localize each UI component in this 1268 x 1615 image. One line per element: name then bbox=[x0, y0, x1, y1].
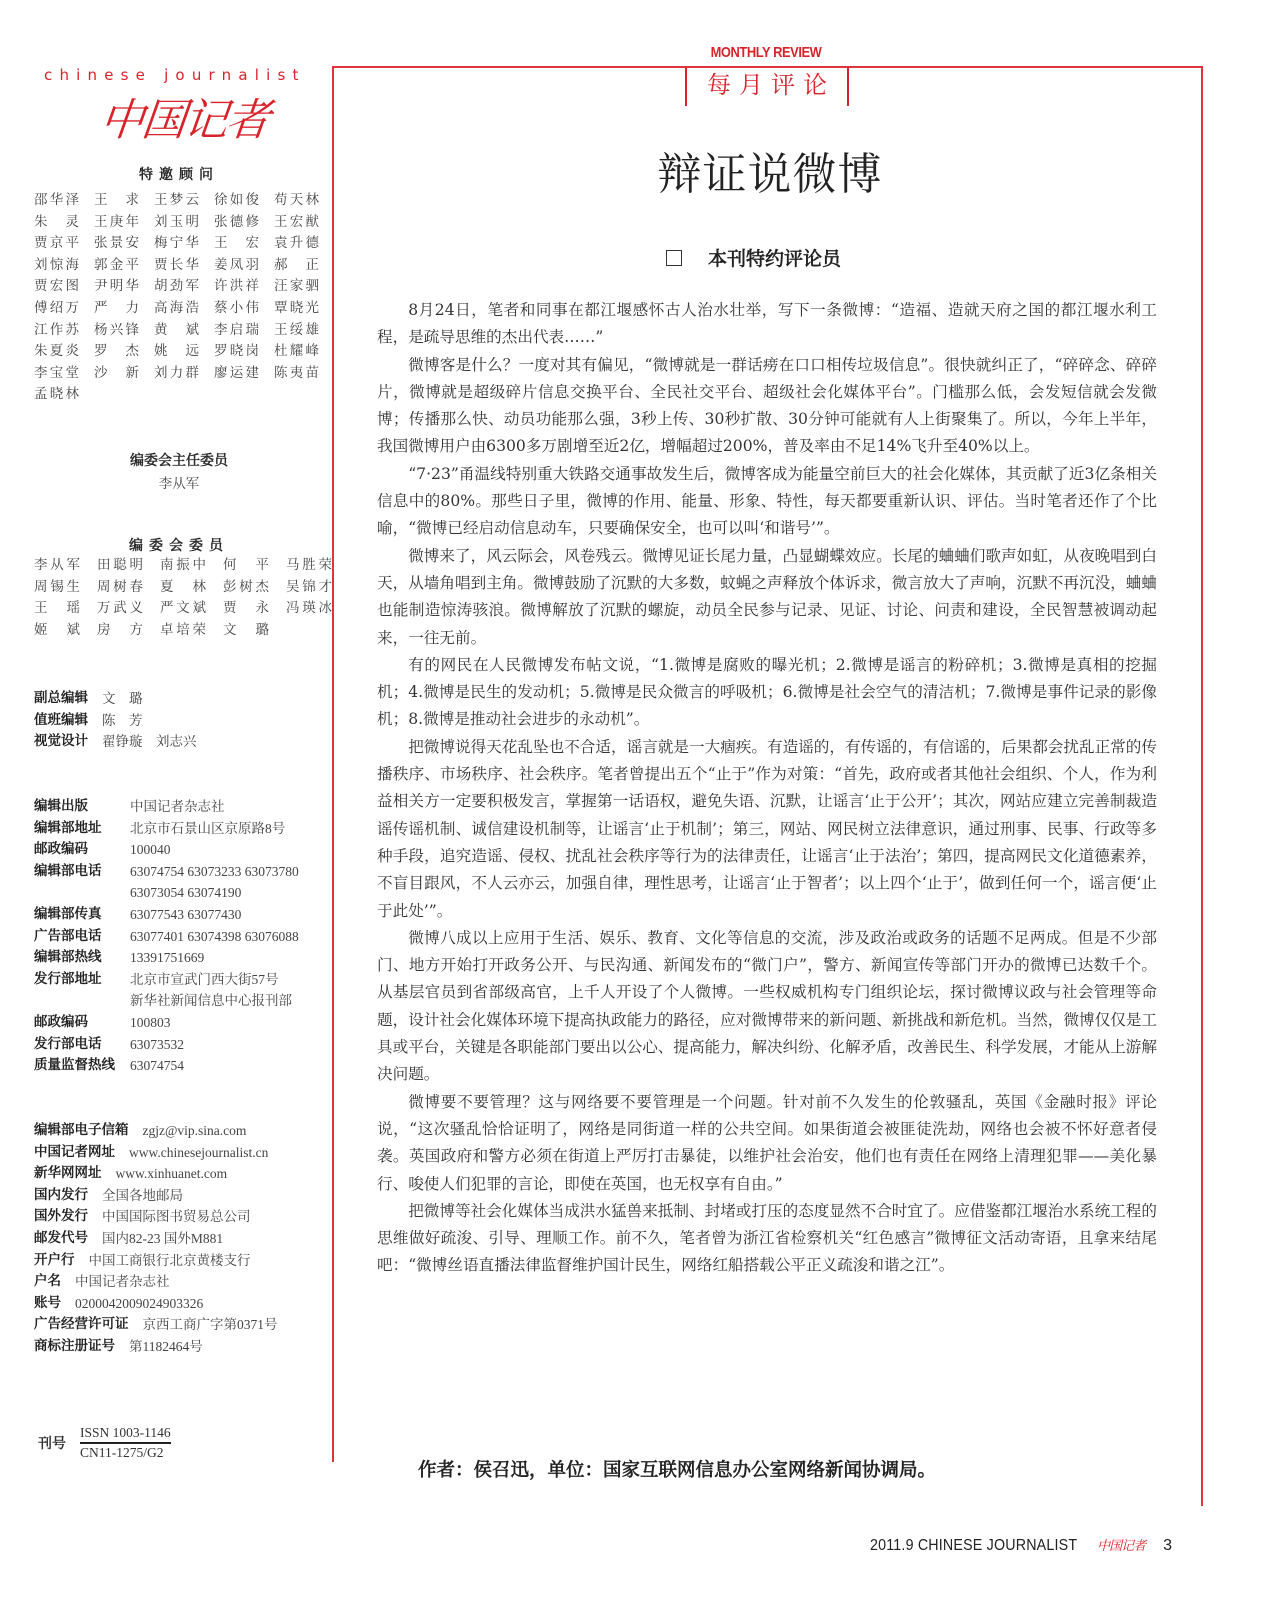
person-name: 汪家驷 bbox=[274, 276, 319, 298]
frame-border-right bbox=[1201, 66, 1203, 1506]
person-name: 何 平 bbox=[223, 555, 269, 577]
person-name: 田聪明 bbox=[97, 555, 143, 577]
person-name: 孟晓林 bbox=[34, 384, 79, 406]
person-name: 冯瑛冰 bbox=[286, 598, 332, 620]
info-label: 邮政编码 bbox=[34, 839, 130, 861]
person-name: 马胜荣 bbox=[286, 555, 332, 577]
person-name: 王 瑶 bbox=[34, 598, 80, 620]
info-label: 质量监督热线 bbox=[34, 1055, 130, 1077]
issn-number: ISSN 1003-1146 bbox=[80, 1425, 171, 1444]
info-value: 100803 bbox=[130, 1012, 171, 1034]
committee-title: 编委会委员 bbox=[34, 535, 324, 555]
info-row: 中国记者网址www.chinesejournalist.cn bbox=[34, 1142, 278, 1164]
info-row: 邮政编码100040 bbox=[34, 839, 299, 861]
byline: 本刊特约评论员 bbox=[666, 244, 841, 271]
article-paragraph: 把微博说得天花乱坠也不合适，谣言就是一大痼疾。有造谣的，有传谣的，有信谣的，后果… bbox=[377, 734, 1157, 925]
info-label: 中国记者网址 bbox=[34, 1142, 115, 1164]
info-label: 广告经营许可证 bbox=[34, 1314, 129, 1336]
person-name: 朱 灵 bbox=[34, 212, 79, 234]
info-label: 户名 bbox=[34, 1271, 61, 1293]
page-number: 3 bbox=[1163, 1537, 1172, 1555]
byline-text: 本刊特约评论员 bbox=[708, 244, 841, 271]
person-name: 廖运建 bbox=[214, 363, 259, 385]
info-label: 发行部电话 bbox=[34, 1034, 130, 1056]
info-label: 发行部地址 bbox=[34, 969, 130, 991]
info-value: 京西工商广字第0371号 bbox=[143, 1314, 278, 1336]
person-name: 王宏猷 bbox=[274, 212, 319, 234]
info-value: www.xinhuanet.com bbox=[116, 1163, 228, 1185]
info-label: 视觉设计 bbox=[34, 731, 88, 753]
person-name: 王庚年 bbox=[94, 212, 139, 234]
person-name: 刘惊海 bbox=[34, 255, 79, 277]
person-name: 罗 杰 bbox=[94, 341, 139, 363]
info-row: 新华网网址www.xinhuanet.com bbox=[34, 1163, 278, 1185]
person-name: 姚 远 bbox=[154, 341, 199, 363]
section-label-english: MONTHLY REVIEW bbox=[683, 44, 848, 61]
person-name: 袁升德 bbox=[274, 233, 319, 255]
article-paragraph: 微博来了，风云际会，风卷残云。微博见证长尾力量，凸显蝴蝶效应。长尾的蛐蛐们歌声如… bbox=[377, 543, 1157, 652]
person-name: 严 力 bbox=[94, 298, 139, 320]
article-paragraph: 微博要不要管理？这与网络要不要管理是一个问题。针对前不久发生的伦敦骚乱，英国《金… bbox=[377, 1089, 1157, 1198]
info-value: 63077543 63077430 bbox=[130, 904, 241, 926]
info-value: 63074754 63073233 63073780 bbox=[130, 861, 299, 883]
person-name: 杨兴锋 bbox=[94, 320, 139, 342]
info-value: 翟铮璇 刘志兴 bbox=[102, 731, 197, 753]
info-row: 值班编辑陈 芳 bbox=[34, 710, 197, 732]
person-name: 李宝堂 bbox=[34, 363, 79, 385]
person-name: 张德修 bbox=[214, 212, 259, 234]
person-name: 李启瑞 bbox=[214, 320, 259, 342]
article-paragraph: 微博八成以上应用于生活、娱乐、教育、文化等信息的交流，涉及政治或政务的话题不足两… bbox=[377, 925, 1157, 1089]
person-name: 万武义 bbox=[97, 598, 143, 620]
issn-block: 刊号 ISSN 1003-1146 CN11-1275/G2 bbox=[38, 1425, 171, 1461]
brand-english: chinese journalist bbox=[44, 66, 324, 84]
info-value: 中国记者杂志社 bbox=[75, 1271, 170, 1293]
info-row: 发行部地址北京市宣武门西大街57号 bbox=[34, 969, 299, 991]
info-row: 户名中国记者杂志社 bbox=[34, 1271, 278, 1293]
person-name: 王 求 bbox=[94, 190, 139, 212]
info-label bbox=[34, 882, 130, 904]
info-value: www.chinesejournalist.cn bbox=[129, 1142, 268, 1164]
info-value: 63073532 bbox=[130, 1034, 184, 1056]
info-label: 编辑部电子信箱 bbox=[34, 1120, 129, 1142]
info-row: 编辑部热线13391751669 bbox=[34, 947, 299, 969]
info-row: 编辑部电子信箱zgjz@vip.sina.com bbox=[34, 1120, 278, 1142]
info-label: 开户行 bbox=[34, 1250, 75, 1272]
article-paragraph: 8月24日，笔者和同事在都江堰感怀古人治水壮举，写下一条微博：“造福、造就天府之… bbox=[377, 297, 1157, 352]
person-name: 夏 林 bbox=[160, 577, 206, 599]
info-label: 账号 bbox=[34, 1293, 61, 1315]
publisher-info-list: 编辑出版中国记者杂志社编辑部地址北京市石景山区京原路8号邮政编码100040编辑… bbox=[34, 796, 299, 1077]
person-name: 刘力群 bbox=[154, 363, 199, 385]
issn-fraction: ISSN 1003-1146 CN11-1275/G2 bbox=[80, 1425, 171, 1461]
square-bullet-icon bbox=[666, 250, 682, 266]
person-name: 郝 正 bbox=[274, 255, 319, 277]
person-name: 文 璐 bbox=[223, 620, 269, 642]
info-value: 北京市宣武门西大街57号 bbox=[130, 969, 279, 991]
masthead-sidebar: chinese journalist 中国记者 特邀顾问 邵华泽王 求王梦云徐如… bbox=[0, 0, 340, 1615]
person-name: 姜凤羽 bbox=[214, 255, 259, 277]
info-row: 新华社新闻信息中心报刊部 bbox=[34, 990, 299, 1012]
info-label: 广告部电话 bbox=[34, 926, 130, 948]
person-name: 罗晓岗 bbox=[214, 341, 259, 363]
info-value: 北京市石景山区京原路8号 bbox=[130, 818, 285, 840]
info-row: 编辑部传真63077543 63077430 bbox=[34, 904, 299, 926]
person-name: 覃晓光 bbox=[274, 298, 319, 320]
author-note: 作者：侯召迅，单位：国家互联网信息办公室网络新闻协调局。 bbox=[418, 1456, 936, 1482]
person-name: 南振中 bbox=[160, 555, 206, 577]
person-name: 江作苏 bbox=[34, 320, 79, 342]
info-row: 国内发行全国各地邮局 bbox=[34, 1185, 278, 1207]
info-label: 编辑部传真 bbox=[34, 904, 130, 926]
info-row: 发行部电话63073532 bbox=[34, 1034, 299, 1056]
info-value: 文 璐 bbox=[102, 688, 143, 710]
person-name: 周树春 bbox=[97, 577, 143, 599]
person-name: 傅绍万 bbox=[34, 298, 79, 320]
article-paragraph: 微博客是什么？一度对其有偏见，“微博就是一群话痨在口口相传垃圾信息”。很快就纠正… bbox=[377, 352, 1157, 461]
person-name: 周锡生 bbox=[34, 577, 80, 599]
person-name: 许洪祥 bbox=[214, 276, 259, 298]
info-value: 63074754 bbox=[130, 1055, 184, 1077]
person-name: 王 宏 bbox=[214, 233, 259, 255]
person-name: 沙 新 bbox=[94, 363, 139, 385]
person-name: 陈夷苗 bbox=[274, 363, 319, 385]
info-label: 值班编辑 bbox=[34, 710, 88, 732]
info-row: 国外发行中国国际图书贸易总公司 bbox=[34, 1206, 278, 1228]
info-row: 质量监督热线63074754 bbox=[34, 1055, 299, 1077]
person-name: 黄 斌 bbox=[154, 320, 199, 342]
info-label: 编辑出版 bbox=[34, 796, 130, 818]
info-value: 中国国际图书贸易总公司 bbox=[102, 1206, 251, 1228]
person-name: 贾 永 bbox=[223, 598, 269, 620]
info-row: 编辑出版中国记者杂志社 bbox=[34, 796, 299, 818]
committee-list: 李从军田聪明南振中何 平马胜荣周锡生周树春夏 林彭树杰吴锦才王 瑶万武义严文斌贾… bbox=[34, 555, 332, 641]
info-row: 开户行中国工商银行北京黄楼支行 bbox=[34, 1250, 278, 1272]
chair-name: 李从军 bbox=[34, 472, 324, 492]
article-title: 辩证说微博 bbox=[560, 138, 980, 202]
info-row: 邮发代号国内82-23 国外M881 bbox=[34, 1228, 278, 1250]
info-label: 国外发行 bbox=[34, 1206, 88, 1228]
person-name: 严文斌 bbox=[160, 598, 206, 620]
info-label: 新华网网址 bbox=[34, 1163, 102, 1185]
article-paragraph: 有的网民在人民微博发布帖文说，“1.微博是腐败的曝光机；2.微博是谣言的粉碎机；… bbox=[377, 652, 1157, 734]
info-row: 副总编辑文 璐 bbox=[34, 688, 197, 710]
person-name: 朱夏炎 bbox=[34, 341, 79, 363]
person-name: 尹明华 bbox=[94, 276, 139, 298]
person-name: 王绥雄 bbox=[274, 320, 319, 342]
info-value: 中国工商银行北京黄楼支行 bbox=[89, 1250, 251, 1272]
info-label: 副总编辑 bbox=[34, 688, 88, 710]
person-name: 贾长华 bbox=[154, 255, 199, 277]
footer-logo: 中国记者 bbox=[1097, 1535, 1145, 1554]
info-row: 视觉设计翟铮璇 刘志兴 bbox=[34, 731, 197, 753]
advisors-list: 邵华泽王 求王梦云徐如俊苟天林朱 灵王庚年刘玉明张德修王宏猷贾京平张景安梅宁华王… bbox=[34, 190, 319, 406]
person-name: 张景安 bbox=[94, 233, 139, 255]
info-row: 广告经营许可证京西工商广字第0371号 bbox=[34, 1314, 278, 1336]
info-label: 邮政编码 bbox=[34, 1012, 130, 1034]
person-name: 胡劲军 bbox=[154, 276, 199, 298]
info-row: 63073054 63074190 bbox=[34, 882, 299, 904]
info-value: 63073054 63074190 bbox=[130, 882, 241, 904]
article-paragraph: 把微博等社会化媒体当成洪水猛兽来抵制、封堵或打压的态度显然不合时宜了。应借鉴都江… bbox=[377, 1198, 1157, 1280]
advisors-title: 特邀顾问 bbox=[34, 164, 324, 184]
contact-info-list: 编辑部电子信箱zgjz@vip.sina.com中国记者网址www.chines… bbox=[34, 1120, 278, 1358]
info-row: 广告部电话63077401 63074398 63076088 bbox=[34, 926, 299, 948]
article-paragraph: “7·23”甬温线特别重大铁路交通事故发生后，微博客成为能量空前巨大的社会化媒体… bbox=[377, 461, 1157, 543]
info-value: 13391751669 bbox=[130, 947, 204, 969]
info-row: 邮政编码100803 bbox=[34, 1012, 299, 1034]
editors-list: 副总编辑文 璐值班编辑陈 芳视觉设计翟铮璇 刘志兴 bbox=[34, 688, 197, 753]
person-name: 苟天林 bbox=[274, 190, 319, 212]
info-value: 100040 bbox=[130, 839, 171, 861]
issn-label: 刊号 bbox=[38, 1433, 66, 1453]
person-name: 吴锦才 bbox=[286, 577, 332, 599]
person-name: 房 方 bbox=[97, 620, 143, 642]
brand-logo-calligraphy: 中国记者 bbox=[97, 88, 274, 154]
person-name: 贾宏图 bbox=[34, 276, 79, 298]
cn-number: CN11-1275/G2 bbox=[80, 1444, 171, 1461]
info-value: 新华社新闻信息中心报刊部 bbox=[130, 990, 292, 1012]
info-value: 全国各地邮局 bbox=[102, 1185, 183, 1207]
person-name: 李从军 bbox=[34, 555, 80, 577]
info-value: 国内82-23 国外M881 bbox=[102, 1228, 223, 1250]
issue-label: 2011.9 CHINESE JOURNALIST bbox=[870, 1537, 1077, 1555]
info-row: 商标注册证号第1182464号 bbox=[34, 1336, 278, 1358]
person-name: 蔡小伟 bbox=[214, 298, 259, 320]
info-value: 中国记者杂志社 bbox=[130, 796, 225, 818]
info-value: zgjz@vip.sina.com bbox=[143, 1120, 247, 1142]
info-value: 63077401 63074398 63076088 bbox=[130, 926, 299, 948]
person-name: 杜耀峰 bbox=[274, 341, 319, 363]
person-name: 刘玉明 bbox=[154, 212, 199, 234]
info-value: 0200042009024903326 bbox=[75, 1293, 203, 1315]
info-value: 陈 芳 bbox=[102, 710, 143, 732]
info-label bbox=[34, 990, 130, 1012]
person-name: 卓培荣 bbox=[160, 620, 206, 642]
person-name: 王梦云 bbox=[154, 190, 199, 212]
article-body: 8月24日，笔者和同事在都江堰感怀古人治水壮举，写下一条微博：“造福、造就天府之… bbox=[377, 297, 1157, 1280]
person-name: 梅宁华 bbox=[154, 233, 199, 255]
person-name: 高海浩 bbox=[154, 298, 199, 320]
info-label: 编辑部电话 bbox=[34, 861, 130, 883]
frame-border-left bbox=[332, 66, 334, 1462]
info-row: 编辑部电话63074754 63073233 63073780 bbox=[34, 861, 299, 883]
info-label: 国内发行 bbox=[34, 1185, 88, 1207]
info-label: 商标注册证号 bbox=[34, 1336, 115, 1358]
section-label-chinese: 每月评论 bbox=[685, 68, 849, 106]
person-name: 姬 斌 bbox=[34, 620, 80, 642]
person-name: 贾京平 bbox=[34, 233, 79, 255]
person-name: 徐如俊 bbox=[214, 190, 259, 212]
info-label: 编辑部热线 bbox=[34, 947, 130, 969]
info-label: 编辑部地址 bbox=[34, 818, 130, 840]
page-footer: 2011.9 CHINESE JOURNALIST 中国记者 3 bbox=[852, 1535, 1172, 1555]
info-row: 编辑部地址北京市石景山区京原路8号 bbox=[34, 818, 299, 840]
person-name: 郭金平 bbox=[94, 255, 139, 277]
person-name: 彭树杰 bbox=[223, 577, 269, 599]
info-row: 账号0200042009024903326 bbox=[34, 1293, 278, 1315]
info-value: 第1182464号 bbox=[129, 1336, 203, 1358]
person-name: 邵华泽 bbox=[34, 190, 79, 212]
info-label: 邮发代号 bbox=[34, 1228, 88, 1250]
chair-title: 编委会主任委员 bbox=[34, 450, 324, 470]
